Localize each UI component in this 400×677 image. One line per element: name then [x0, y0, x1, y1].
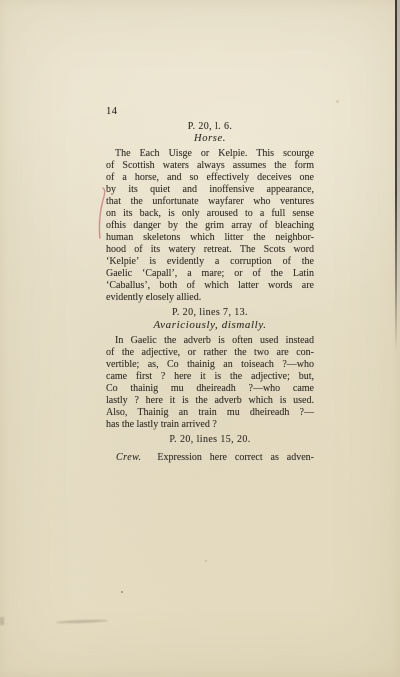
text-line: Also, Thainig an train mu dheireadh ?— — [106, 407, 314, 419]
section-heading-avariciously: Avariciously, dismally. — [106, 319, 314, 332]
text-line: of Scottish waters always assumes the fo… — [106, 160, 314, 172]
text-line: has the lastly train arrived ? — [106, 419, 314, 431]
text-line: Co thainig mu dheireadh ?—who came — [106, 383, 314, 395]
text-line: evidently closely allied. — [106, 292, 314, 304]
paper-fleck — [205, 560, 207, 562]
crew-text: Expression here correct as adven- — [157, 452, 314, 463]
text-line: of a horse, and so effectively deceives … — [106, 172, 314, 184]
ink-speck — [147, 295, 149, 298]
text-line: that the unfortunate wayfarer who ventur… — [106, 196, 314, 208]
paragraph-crew: Crew. Expression here correct as adven- — [106, 452, 314, 464]
paper-fleck — [336, 100, 339, 103]
text-line: ‘Kelpie’ is evidently a corruption of th… — [106, 256, 314, 268]
text-line: by its quiet and inoffensive appearance, — [106, 184, 314, 196]
text-line: In Gaelic the adverb is often used inste… — [106, 335, 314, 347]
text-line: ofhis danger by the grim array of bleach… — [106, 220, 314, 232]
dot-speck — [121, 591, 123, 593]
page-edge-shadow — [395, 0, 397, 352]
reference-line-1: P. 20, l. 6. — [106, 121, 314, 133]
text-line: came first ? here it is the adjective; b… — [106, 371, 314, 383]
text-line: vertible; as, Co thainig an toiseach ?—w… — [106, 359, 314, 371]
text-line: of the adjective, or rather the two are … — [106, 347, 314, 359]
pencil-smudge — [56, 619, 108, 624]
page-number: 14 — [106, 106, 314, 118]
text-line: lastly ? here it is the adverb which is … — [106, 395, 314, 407]
paragraph-kelpie: The Each Uisge or Kelpie. This scourge o… — [106, 148, 314, 304]
reference-line-2: P. 20, lines 7, 13. — [106, 307, 314, 319]
text-line: ‘Caballus’, both of which latter words a… — [106, 280, 314, 292]
text-line: on its back, is only aroused to a full s… — [106, 208, 314, 220]
text-line: The Each Uisge or Kelpie. This scourge — [106, 148, 314, 160]
text-block: 14 P. 20, l. 6. Horse. The Each Uisge or… — [106, 106, 314, 464]
text-line: Gaelic ‘Capall’, a mare; or of the Latin — [106, 268, 314, 280]
scanned-book-page: 14 P. 20, l. 6. Horse. The Each Uisge or… — [0, 0, 400, 677]
paragraph-gaelic-adverb: In Gaelic the adverb is often used inste… — [106, 335, 314, 431]
text-line: human skeletons which litter the neighbo… — [106, 232, 314, 244]
edge-mark — [0, 617, 4, 625]
reference-line-3: P. 20, lines 15, 20. — [106, 434, 314, 446]
section-heading-horse: Horse. — [106, 133, 314, 145]
text-line: hood of its watery retreat. The Scots wo… — [106, 244, 314, 256]
crew-word: Crew. — [116, 452, 142, 463]
